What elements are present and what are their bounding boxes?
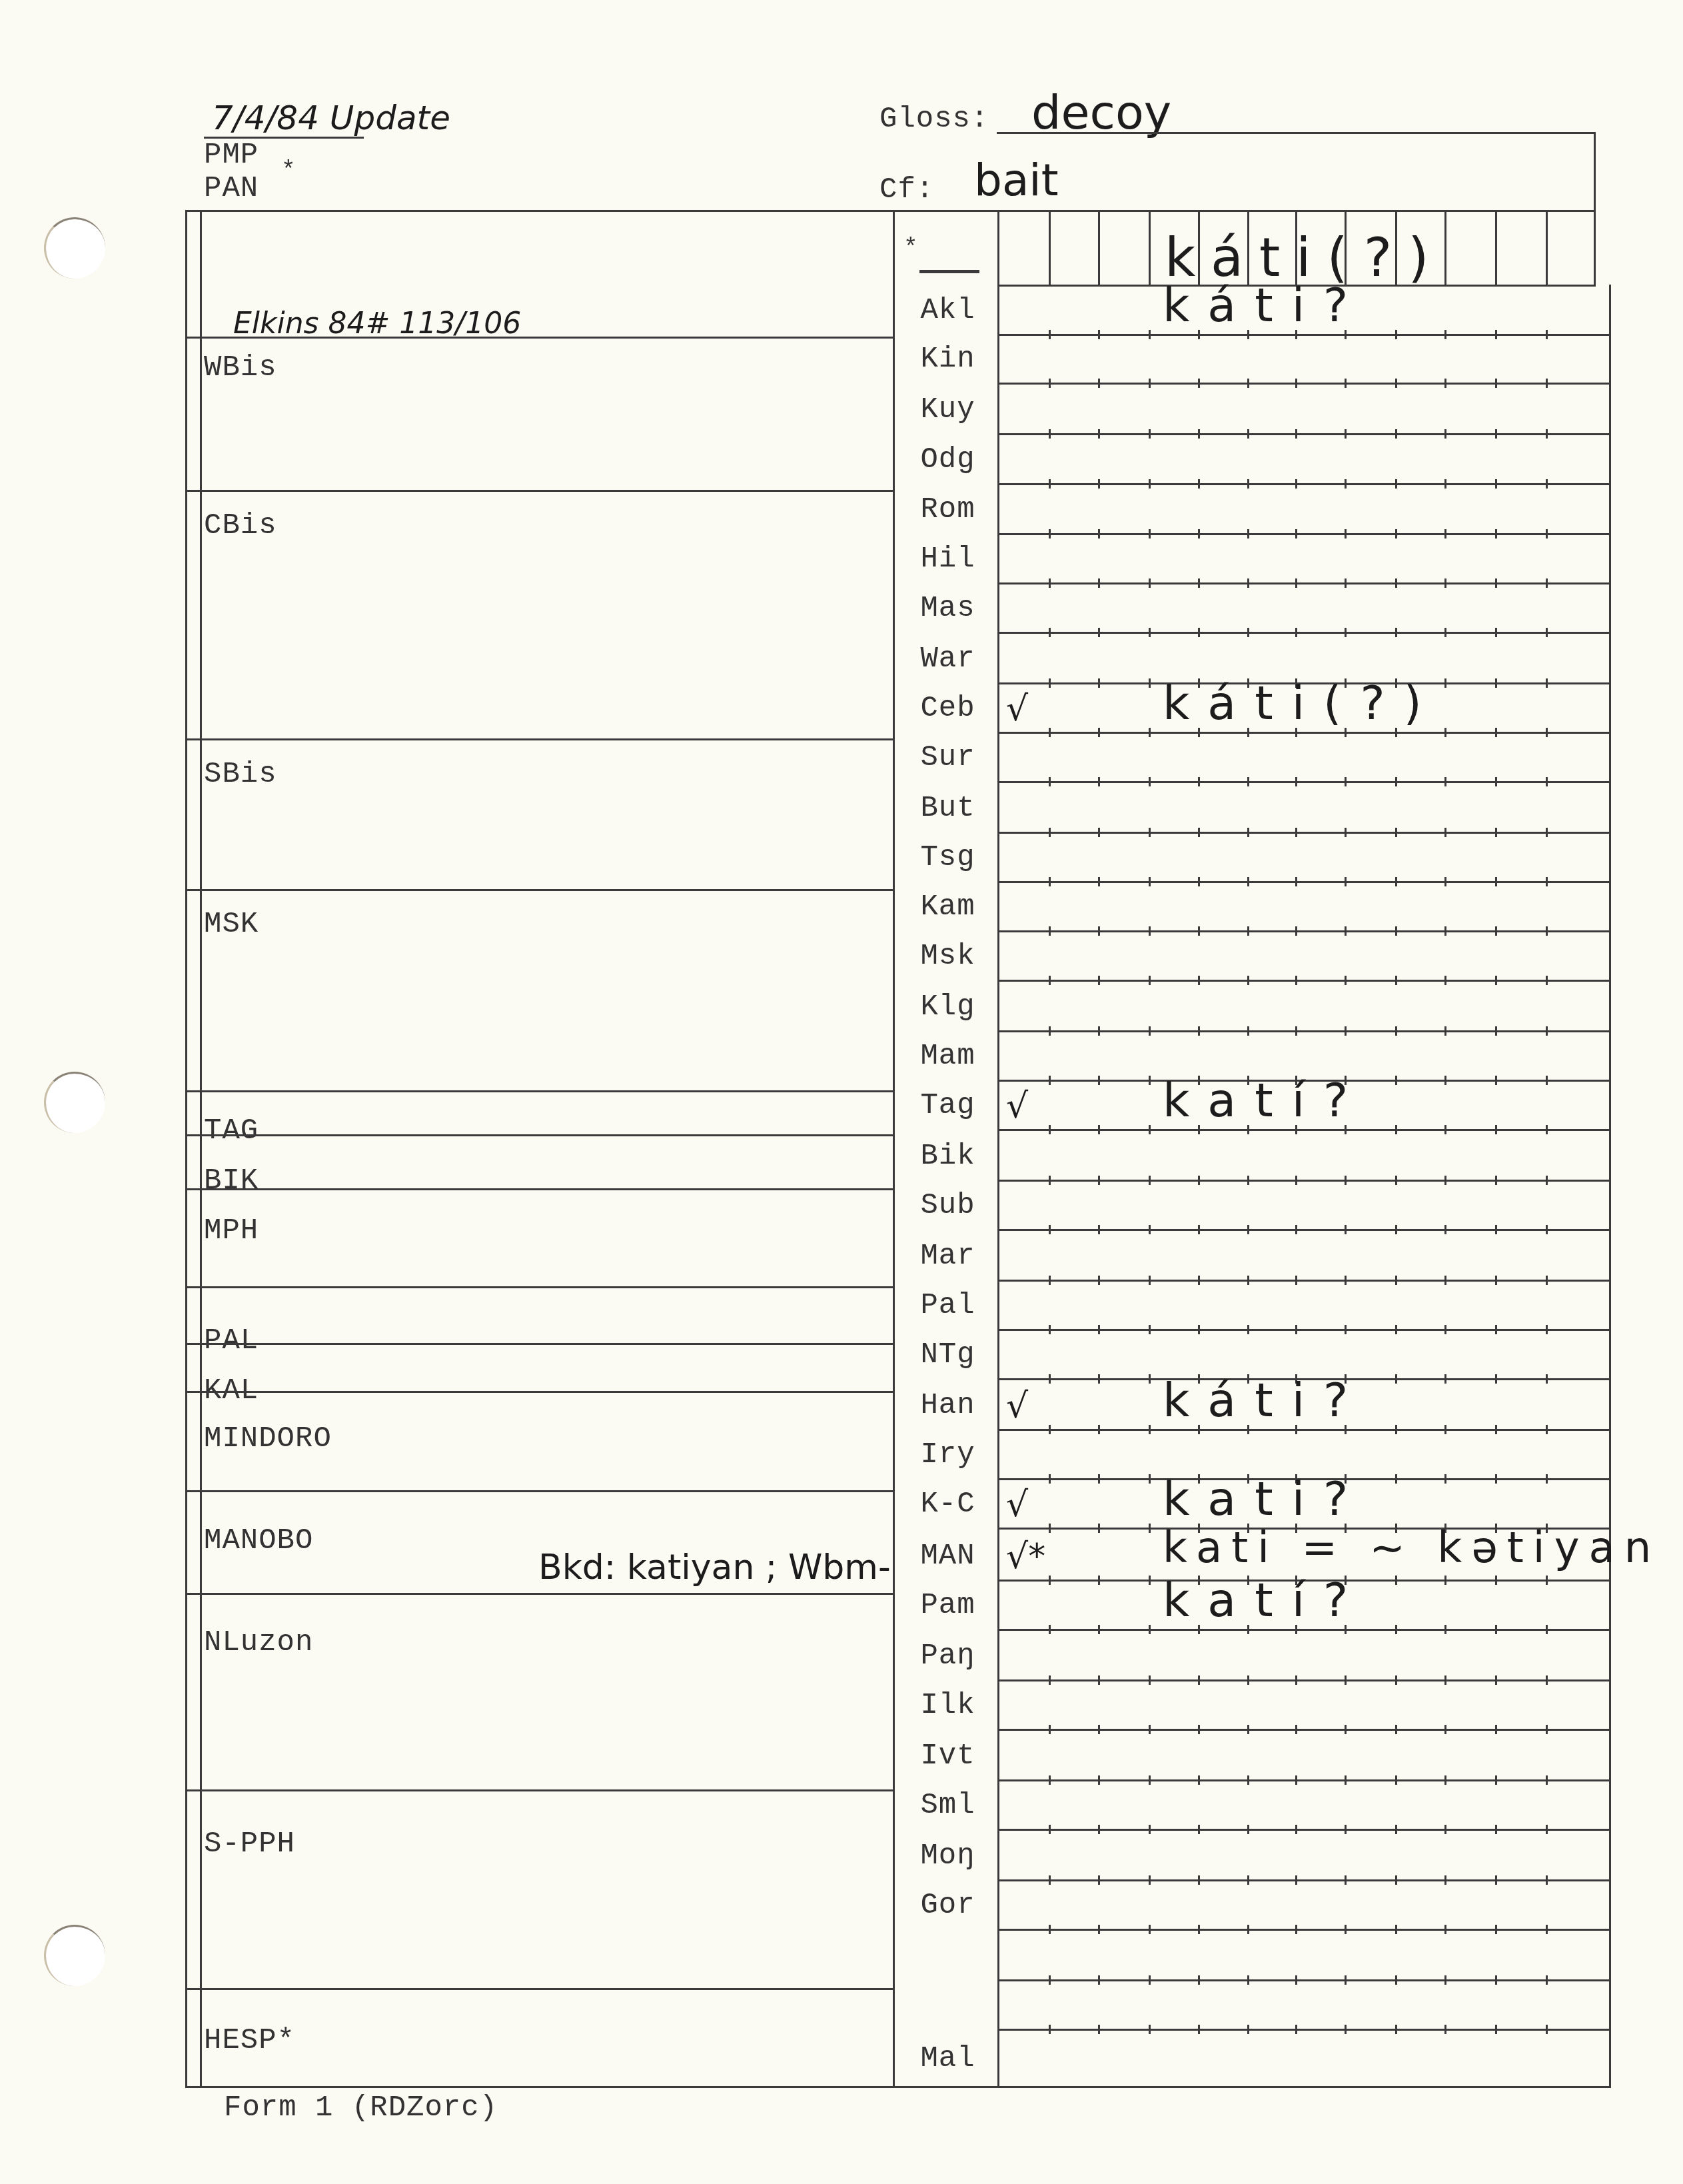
language-code-ivt: Ivt bbox=[899, 1739, 996, 1773]
grid-tick bbox=[1247, 926, 1249, 936]
grid-tick bbox=[1395, 1775, 1397, 1785]
grid-tick bbox=[1495, 1474, 1497, 1484]
grid-tick bbox=[1049, 678, 1051, 688]
grid-tick bbox=[1546, 1374, 1548, 1384]
grid-tick bbox=[1149, 379, 1151, 388]
grid-tick bbox=[1546, 1474, 1548, 1484]
grid-tick bbox=[1395, 1076, 1397, 1085]
section-divider bbox=[185, 889, 893, 891]
frame-bottom bbox=[185, 2086, 1611, 2088]
grid-tick bbox=[1247, 578, 1249, 588]
grid-tick bbox=[1049, 429, 1051, 439]
section-label-mindoro: MINDORO bbox=[204, 1422, 332, 1456]
grid-tick bbox=[1149, 1725, 1151, 1734]
grid-tick bbox=[1149, 1825, 1151, 1834]
grid-tick bbox=[1345, 479, 1347, 489]
grid-tick bbox=[1395, 1176, 1397, 1185]
check-mark[interactable]: √ bbox=[1006, 689, 1028, 729]
grid-tick bbox=[1049, 728, 1051, 737]
grid-tick bbox=[1295, 1925, 1297, 1934]
grid-tick bbox=[1444, 926, 1446, 936]
grid-tick bbox=[1546, 1076, 1548, 1085]
language-code-pal: Pal bbox=[899, 1289, 996, 1322]
grid-tick bbox=[1345, 578, 1347, 588]
reconstruction-column-line bbox=[1247, 210, 1249, 285]
grid-tick bbox=[1395, 1276, 1397, 1285]
grid-tick bbox=[1149, 1474, 1151, 1484]
grid-tick bbox=[1049, 777, 1051, 786]
section-divider bbox=[185, 1391, 893, 1393]
grid-tick bbox=[1295, 1875, 1297, 1885]
grid-tick bbox=[1049, 1725, 1051, 1734]
grid-tick bbox=[1295, 1675, 1297, 1685]
grid-tick bbox=[1098, 1875, 1100, 1885]
language-code-rom: Rom bbox=[899, 493, 996, 527]
grid-tick bbox=[1395, 976, 1397, 985]
grid-tick bbox=[1049, 330, 1051, 339]
grid-tick bbox=[1149, 976, 1151, 985]
grid-tick bbox=[1495, 1725, 1497, 1734]
section-label-s-pph: S-PPH bbox=[204, 1827, 295, 1861]
grid-tick bbox=[1395, 1026, 1397, 1036]
grid-tick bbox=[1198, 479, 1200, 489]
language-entry[interactable]: káti? bbox=[1163, 278, 1367, 333]
grid-tick bbox=[1444, 1725, 1446, 1734]
grid-tick bbox=[1247, 379, 1249, 388]
frame-top bbox=[185, 210, 1596, 212]
grid-tick bbox=[1049, 1875, 1051, 1885]
grid-tick bbox=[1345, 828, 1347, 837]
grid-tick bbox=[1098, 1576, 1100, 1585]
language-code-sur: Sur bbox=[899, 741, 996, 774]
grid-tick bbox=[1149, 1425, 1151, 1434]
grid-tick bbox=[1198, 777, 1200, 786]
grid-tick bbox=[1198, 877, 1200, 886]
grid-tick bbox=[1444, 1625, 1446, 1634]
grid-tick bbox=[1444, 479, 1446, 489]
grid-tick bbox=[1149, 1026, 1151, 1036]
grid-tick bbox=[1098, 1625, 1100, 1634]
grid-tick bbox=[1345, 1325, 1347, 1334]
grid-tick bbox=[1444, 1675, 1446, 1685]
language-code-sml: Sml bbox=[899, 1789, 996, 1822]
grid-tick bbox=[1149, 1524, 1151, 1533]
grid-tick bbox=[1546, 330, 1548, 339]
check-mark[interactable]: √ bbox=[1006, 1485, 1028, 1525]
grid-tick bbox=[1198, 1925, 1200, 1934]
grid-tick bbox=[1098, 1374, 1100, 1384]
grid-tick bbox=[1395, 828, 1397, 837]
grid-tick bbox=[1345, 429, 1347, 439]
grid-tick bbox=[1049, 379, 1051, 388]
grid-tick bbox=[1198, 1026, 1200, 1036]
grid-tick bbox=[1345, 1775, 1347, 1785]
language-entry[interactable]: katí? bbox=[1163, 1573, 1367, 1628]
grid-tick bbox=[1495, 1625, 1497, 1634]
grid-tick bbox=[1149, 1125, 1151, 1134]
section-divider bbox=[185, 1134, 893, 1136]
section-label-sbis: SBis bbox=[204, 758, 277, 791]
grid-tick bbox=[1049, 1576, 1051, 1585]
grid-tick bbox=[1295, 1176, 1297, 1185]
grid-tick bbox=[1098, 379, 1100, 388]
grid-tick bbox=[1495, 728, 1497, 737]
grid-tick bbox=[1495, 1225, 1497, 1234]
grid-tick bbox=[1247, 976, 1249, 985]
frame-right bbox=[1594, 210, 1596, 285]
grid-tick bbox=[1049, 828, 1051, 837]
grid-tick bbox=[1345, 1176, 1347, 1185]
grid-tick bbox=[1345, 379, 1347, 388]
grid-tick bbox=[1345, 1225, 1347, 1234]
language-code-klg: Klg bbox=[899, 990, 996, 1024]
grid-tick bbox=[1049, 1225, 1051, 1234]
cf-value[interactable]: bait bbox=[974, 155, 1059, 206]
language-entry[interactable]: káti? bbox=[1163, 1373, 1367, 1428]
language-row-line bbox=[997, 483, 1609, 485]
grid-tick bbox=[1495, 429, 1497, 439]
language-row-line bbox=[997, 1180, 1609, 1182]
grid-tick bbox=[1098, 1675, 1100, 1685]
grid-tick bbox=[1395, 1474, 1397, 1484]
form-label: Form 1 (RDZorc) bbox=[224, 2091, 498, 2125]
grid-tick bbox=[1247, 628, 1249, 637]
pan-label: PAN bbox=[204, 172, 259, 205]
grid-tick bbox=[1395, 578, 1397, 588]
gloss-label: Gloss: bbox=[879, 103, 989, 136]
reconstruction-column-line bbox=[1098, 210, 1100, 285]
language-row-line bbox=[997, 582, 1609, 584]
section-label-nluzon: NLuzon bbox=[204, 1626, 313, 1659]
grid-tick bbox=[1444, 330, 1446, 339]
grid-tick bbox=[1247, 1225, 1249, 1234]
grid-tick bbox=[1444, 1026, 1446, 1036]
grid-tick bbox=[1049, 1276, 1051, 1285]
grid-tick bbox=[1444, 1925, 1446, 1934]
grid-tick bbox=[1546, 578, 1548, 588]
language-row-line bbox=[997, 1879, 1609, 1881]
grid-tick bbox=[1049, 1125, 1051, 1134]
grid-tick bbox=[1345, 926, 1347, 936]
language-code-mal: Mal bbox=[899, 2042, 996, 2075]
grid-tick bbox=[1149, 1675, 1151, 1685]
grid-tick bbox=[1546, 1026, 1548, 1036]
grid-tick bbox=[1049, 2025, 1051, 2034]
grid-tick bbox=[1295, 2025, 1297, 2034]
grid-tick bbox=[1495, 1925, 1497, 1934]
cf-label: Cf: bbox=[879, 173, 934, 207]
grid-tick bbox=[1345, 1026, 1347, 1036]
grid-tick bbox=[1495, 1325, 1497, 1334]
section-divider bbox=[185, 1090, 893, 1092]
grid-tick bbox=[1247, 1725, 1249, 1734]
language-row-line bbox=[997, 732, 1609, 734]
grid-tick bbox=[1546, 479, 1548, 489]
grid-tick bbox=[1295, 578, 1297, 588]
grid-tick bbox=[1198, 1825, 1200, 1834]
source-note: Elkins 84# 113/106 bbox=[233, 307, 521, 341]
grid-tick bbox=[1546, 678, 1548, 688]
language-code-bik: Bik bbox=[899, 1140, 996, 1173]
language-code-kuy: Kuy bbox=[899, 393, 996, 427]
language-row-line bbox=[997, 383, 1609, 385]
grid-tick bbox=[1149, 678, 1151, 688]
grid-tick bbox=[1295, 976, 1297, 985]
grid-tick bbox=[1345, 628, 1347, 637]
punch-hole-top bbox=[44, 217, 105, 279]
grid-tick bbox=[1444, 728, 1446, 737]
grid-tick bbox=[1049, 1825, 1051, 1834]
grid-tick bbox=[1546, 1825, 1548, 1834]
grid-tick bbox=[1546, 926, 1548, 936]
grid-tick bbox=[1247, 1925, 1249, 1934]
grid-tick bbox=[1295, 479, 1297, 489]
grid-tick bbox=[1495, 1374, 1497, 1384]
grid-tick bbox=[1198, 1875, 1200, 1885]
grid-tick bbox=[1049, 1524, 1051, 1533]
grid-tick bbox=[1098, 330, 1100, 339]
language-entry[interactable]: káti(?) bbox=[1163, 676, 1440, 730]
language-row-line bbox=[997, 1779, 1609, 1781]
grid-tick bbox=[1098, 1474, 1100, 1484]
language-code-odg: Odg bbox=[899, 443, 996, 477]
grid-tick bbox=[1247, 2025, 1249, 2034]
grid-tick bbox=[1247, 1775, 1249, 1785]
language-code-tag: Tag bbox=[899, 1089, 996, 1122]
section-divider bbox=[185, 1188, 893, 1190]
grid-tick bbox=[1149, 628, 1151, 637]
language-row-line bbox=[997, 1280, 1609, 1282]
grid-tick bbox=[1295, 1325, 1297, 1334]
grid-tick bbox=[1198, 379, 1200, 388]
language-row-line bbox=[997, 433, 1609, 435]
grid-tick bbox=[1444, 1374, 1446, 1384]
grid-tick bbox=[1546, 1125, 1548, 1134]
grid-tick bbox=[1395, 1975, 1397, 1985]
grid-tick bbox=[1198, 1675, 1200, 1685]
grid-tick bbox=[1098, 1176, 1100, 1185]
grid-tick bbox=[1295, 1276, 1297, 1285]
grid-tick bbox=[1495, 578, 1497, 588]
reconstruction-column-line bbox=[1444, 210, 1446, 285]
proto-star: * bbox=[281, 157, 296, 185]
grid-tick bbox=[1546, 1725, 1548, 1734]
grid-tick bbox=[1247, 877, 1249, 886]
grid-tick bbox=[1247, 1026, 1249, 1036]
grid-tick bbox=[1395, 1576, 1397, 1585]
grid-tick bbox=[1345, 976, 1347, 985]
grid-tick bbox=[1546, 1925, 1548, 1934]
grid-tick bbox=[1198, 1325, 1200, 1334]
grid-tick bbox=[1149, 1975, 1151, 1985]
grid-tick bbox=[1149, 777, 1151, 786]
grid-tick bbox=[1546, 1875, 1548, 1885]
language-code-tsg: Tsg bbox=[899, 841, 996, 874]
reconstruction-star: * bbox=[903, 235, 919, 262]
grid-tick bbox=[1049, 1325, 1051, 1334]
language-code-msk: Msk bbox=[899, 940, 996, 973]
grid-tick bbox=[1098, 1975, 1100, 1985]
language-row-line bbox=[997, 1829, 1609, 1831]
grid-tick bbox=[1198, 828, 1200, 837]
language-row-line bbox=[997, 632, 1609, 634]
grid-tick bbox=[1546, 529, 1548, 539]
language-row-line bbox=[997, 1229, 1609, 1231]
grid-tick bbox=[1444, 1576, 1446, 1585]
grid-tick bbox=[1546, 429, 1548, 439]
grid-tick bbox=[1495, 1825, 1497, 1834]
grid-tick bbox=[1395, 2025, 1397, 2034]
check-mark[interactable]: √ bbox=[1006, 1386, 1028, 1426]
grid-tick bbox=[1495, 1176, 1497, 1185]
grid-tick bbox=[1444, 1125, 1446, 1134]
language-row-line bbox=[997, 1729, 1609, 1731]
grid-tick bbox=[1345, 1825, 1347, 1834]
punch-hole-bottom bbox=[44, 1925, 105, 1986]
grid-tick bbox=[1098, 1925, 1100, 1934]
grid-tick bbox=[1098, 1775, 1100, 1785]
grid-tick bbox=[1495, 330, 1497, 339]
language-code-han: Han bbox=[899, 1389, 996, 1422]
grid-tick bbox=[1247, 1675, 1249, 1685]
grid-tick bbox=[1198, 1225, 1200, 1234]
language-row-line bbox=[997, 1679, 1609, 1681]
grid-tick bbox=[1546, 777, 1548, 786]
grid-tick bbox=[1444, 1425, 1446, 1434]
frame-mid-left bbox=[893, 210, 895, 2086]
grid-tick bbox=[1495, 678, 1497, 688]
grid-tick bbox=[1546, 828, 1548, 837]
grid-tick bbox=[1198, 628, 1200, 637]
grid-tick bbox=[1149, 1775, 1151, 1785]
language-code-ceb: Ceb bbox=[899, 692, 996, 725]
grid-tick bbox=[1395, 628, 1397, 637]
language-row-line bbox=[997, 781, 1609, 783]
grid-tick bbox=[1444, 429, 1446, 439]
gloss-line bbox=[997, 132, 1595, 134]
grid-tick bbox=[1098, 429, 1100, 439]
grid-tick bbox=[1444, 578, 1446, 588]
grid-tick bbox=[1395, 877, 1397, 886]
grid-tick bbox=[1149, 429, 1151, 439]
grid-tick bbox=[1098, 529, 1100, 539]
grid-tick bbox=[1295, 1975, 1297, 1985]
grid-tick bbox=[1546, 1325, 1548, 1334]
language-entry[interactable]: katí? bbox=[1163, 1073, 1367, 1128]
grid-tick bbox=[1546, 1425, 1548, 1434]
language-code-akl: Akl bbox=[899, 294, 996, 327]
language-row-line bbox=[997, 1129, 1609, 1131]
grid-tick bbox=[1495, 1675, 1497, 1685]
grid-tick bbox=[1198, 2025, 1200, 2034]
grid-tick bbox=[1295, 926, 1297, 936]
grid-tick bbox=[1546, 1225, 1548, 1234]
grid-tick bbox=[1049, 1026, 1051, 1036]
grid-tick bbox=[1098, 1825, 1100, 1834]
language-entry[interactable]: kati = ~ kətiyan bbox=[1163, 1524, 1660, 1573]
section-note[interactable]: Bkd: katiyan ; Wbm- bbox=[538, 1548, 891, 1588]
grid-tick bbox=[1495, 1775, 1497, 1785]
grid-tick bbox=[1444, 828, 1446, 837]
grid-tick bbox=[1149, 1325, 1151, 1334]
grid-tick bbox=[1546, 1675, 1548, 1685]
language-row-line bbox=[997, 1030, 1609, 1032]
grid-tick bbox=[1495, 479, 1497, 489]
grid-tick bbox=[1098, 1325, 1100, 1334]
grid-tick bbox=[1345, 777, 1347, 786]
grid-tick bbox=[1546, 1625, 1548, 1634]
grid-tick bbox=[1247, 1975, 1249, 1985]
language-row-line bbox=[997, 930, 1609, 932]
grid-tick bbox=[1098, 926, 1100, 936]
grid-tick bbox=[1049, 1474, 1051, 1484]
grid-tick bbox=[1546, 628, 1548, 637]
reconstruction-column-line bbox=[1295, 210, 1297, 285]
language-row-line bbox=[997, 980, 1609, 982]
grid-tick bbox=[1495, 777, 1497, 786]
language-row-line bbox=[997, 1979, 1609, 1981]
grid-tick bbox=[1049, 877, 1051, 886]
grid-tick bbox=[1444, 1325, 1446, 1334]
grid-tick bbox=[1295, 379, 1297, 388]
section-divider bbox=[185, 1593, 893, 1595]
grid-tick bbox=[1149, 1076, 1151, 1085]
grid-tick bbox=[1395, 1875, 1397, 1885]
grid-tick bbox=[1049, 479, 1051, 489]
grid-tick bbox=[1149, 877, 1151, 886]
reconstruction-column-line bbox=[1495, 210, 1497, 285]
grid-tick bbox=[1395, 1675, 1397, 1685]
grid-tick bbox=[1098, 1276, 1100, 1285]
grid-tick bbox=[1247, 529, 1249, 539]
grid-tick bbox=[1149, 529, 1151, 539]
grid-tick bbox=[1295, 1026, 1297, 1036]
grid-tick bbox=[1444, 2025, 1446, 2034]
section-label-mph: MPH bbox=[204, 1214, 259, 1248]
grid-tick bbox=[1495, 926, 1497, 936]
grid-tick bbox=[1444, 1975, 1446, 1985]
grid-tick bbox=[1495, 628, 1497, 637]
grid-tick bbox=[1247, 1276, 1249, 1285]
grid-tick bbox=[1444, 1225, 1446, 1234]
grid-tick bbox=[1345, 1675, 1347, 1685]
grid-tick bbox=[1444, 628, 1446, 637]
grid-tick bbox=[1198, 926, 1200, 936]
grid-tick bbox=[1345, 1875, 1347, 1885]
grid-tick bbox=[1444, 1076, 1446, 1085]
section-label-cbis: CBis bbox=[204, 509, 277, 543]
grid-tick bbox=[1098, 1076, 1100, 1085]
grid-tick bbox=[1295, 1225, 1297, 1234]
grid-tick bbox=[1495, 2025, 1497, 2034]
grid-tick bbox=[1345, 1276, 1347, 1285]
reconstruction-column-line bbox=[997, 210, 999, 285]
section-divider bbox=[185, 1490, 893, 1492]
grid-tick bbox=[1444, 1875, 1446, 1885]
grid-tick bbox=[1295, 1825, 1297, 1834]
grid-tick bbox=[1345, 529, 1347, 539]
grid-tick bbox=[1149, 1925, 1151, 1934]
language-code-ntg: NTg bbox=[899, 1338, 996, 1372]
language-row-line bbox=[997, 881, 1609, 883]
check-mark[interactable]: √ bbox=[1006, 1086, 1028, 1126]
check-mark[interactable]: √* bbox=[1006, 1537, 1045, 1577]
grid-tick bbox=[1444, 678, 1446, 688]
grid-tick bbox=[1546, 1775, 1548, 1785]
language-entry[interactable]: kati? bbox=[1163, 1472, 1367, 1526]
grid-tick bbox=[1098, 828, 1100, 837]
grid-tick bbox=[1444, 529, 1446, 539]
